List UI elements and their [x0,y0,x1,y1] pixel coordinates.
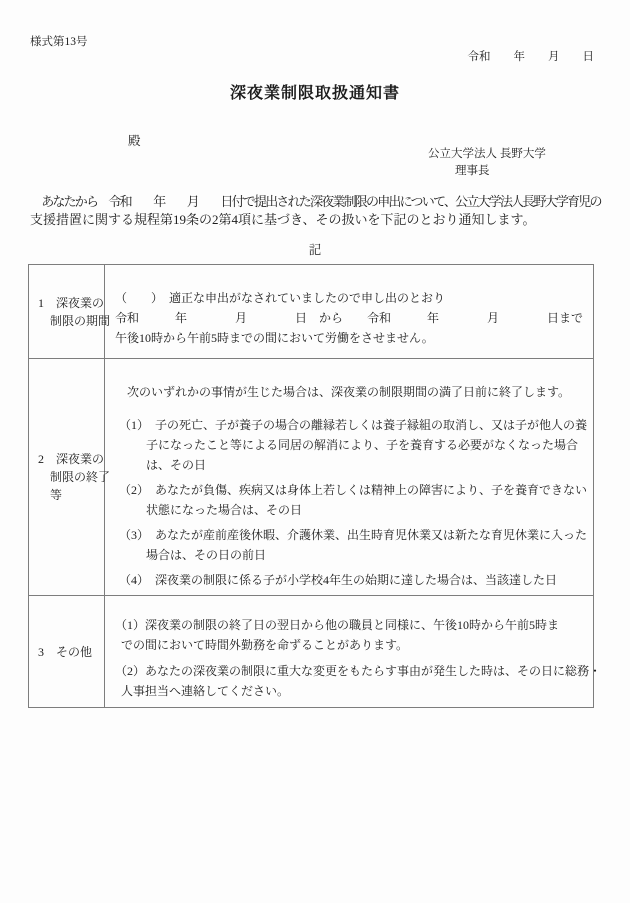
table-row-other: 3 その他 （1）深夜業の制限の終了日の翌日から他の職員と同様に、午後10時から… [29,596,594,708]
row-heading-other: 3 その他 [29,596,105,708]
body-paragraph-line-1: あなたから 令和 年 月 日付で提出された深夜業制限の申出について、公立大学法人… [30,193,605,211]
addressee-honorific: 殿 [128,131,141,149]
form-number: 様式第13号 [30,33,88,49]
other-item-1: （1）深夜業の制限の終了日の翌日から他の職員と同様に、午後10時から午前5時ま … [115,615,588,655]
termination-item-4: （4） 深夜業の制限に係る子が小学校4年生の始期に達した場合は、当該達した日 [119,570,588,590]
issuer-organization: 公立大学法人 長野大学 [428,145,546,161]
row-heading-period: 1 深夜業の 制限の期間 [29,265,105,359]
termination-item-list: （1） 子の死亡、子が養子の場合の離縁若しくは養子縁組の取消し、又は子が他人の養… [115,415,588,590]
termination-item-3: （3） あなたが産前産後休暇、介護休業、出生時育児休業又は新たな育児休業に入った… [119,525,588,565]
period-note-line: 午後10時から午前5時までの間において労働をさせません。 [115,328,588,348]
period-date-line: 令和 年 月 日 から 令和 年 月 日まで [115,308,588,328]
check-option-line: （ ） 適正な申出がなされていましたので申し出のとおり [115,265,588,308]
issuer-title: 理事長 [455,162,490,178]
notification-table: 1 深夜業の 制限の期間 （ ） 適正な申出がなされていましたので申し出のとおり… [28,264,594,708]
termination-item-1: （1） 子の死亡、子が養子の場合の離縁若しくは養子縁組の取消し、又は子が他人の養… [119,415,588,475]
body-paragraph: あなたから 令和 年 月 日付で提出された深夜業制限の申出について、公立大学法人… [30,193,605,229]
termination-intro: 次のいずれかの事情が生じた場合は、深夜業の制限期間の満了日前に終了します。 [115,359,588,402]
document-page: 様式第13号 令和 年 月 日 深夜業制限取扱通知書 殿 公立大学法人 長野大学… [0,0,630,903]
row-heading-termination: 2 深夜業の 制限の終了 等 [29,359,105,596]
table-row-period: 1 深夜業の 制限の期間 （ ） 適正な申出がなされていましたので申し出のとおり… [29,265,594,359]
row-content-termination: 次のいずれかの事情が生じた場合は、深夜業の制限期間の満了日前に終了します。 （1… [105,359,594,596]
body-paragraph-line-2: 支援措置に関する規程第19条の2第4項に基づき、その扱いを下記のとおり通知します… [30,211,605,229]
row-content-other: （1）深夜業の制限の終了日の翌日から他の職員と同様に、午後10時から午前5時ま … [105,596,594,708]
issue-date-line: 令和 年 月 日 [0,48,594,64]
table-row-termination: 2 深夜業の 制限の終了 等 次のいずれかの事情が生じた場合は、深夜業の制限期間… [29,359,594,596]
document-title: 深夜業制限取扱通知書 [0,80,630,103]
other-item-2: （2）あなたの深夜業の制限に重大な変更をもたらす事由が発生した時は、その日に総務… [115,661,588,701]
row-content-period: （ ） 適正な申出がなされていましたので申し出のとおり 令和 年 月 日 から … [105,265,594,359]
record-marker: 記 [0,240,630,258]
other-item-list: （1）深夜業の制限の終了日の翌日から他の職員と同様に、午後10時から午前5時ま … [115,596,588,701]
termination-item-2: （2） あなたが負傷、疾病又は身体上若しくは精神上の障害により、子を養育できない… [119,480,588,520]
